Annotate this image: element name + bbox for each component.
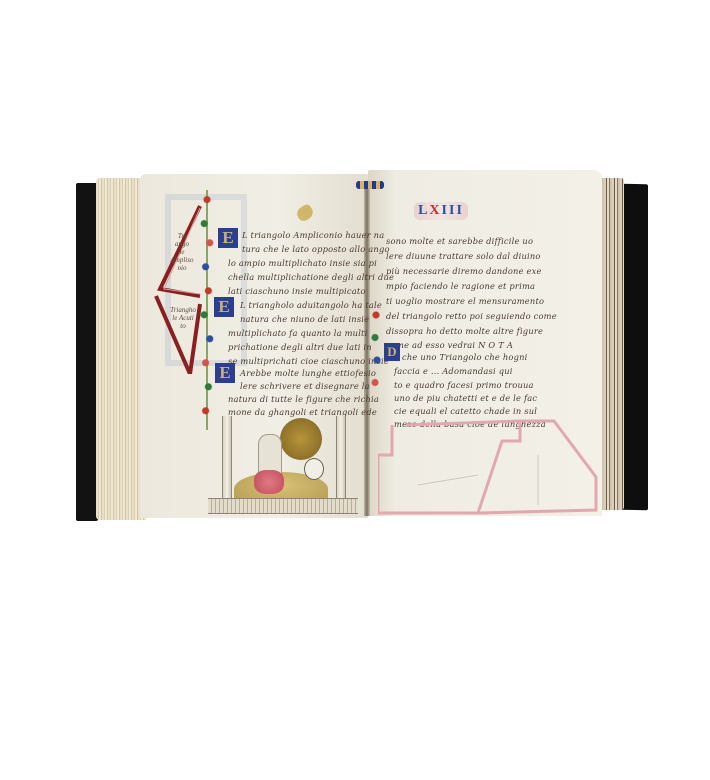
folio-iii: III — [442, 203, 464, 218]
miniature-painting — [208, 412, 358, 516]
plinth — [208, 498, 358, 514]
margin-note-ampliconio: TriangoleAmplisonio — [168, 232, 196, 272]
text-line: L triangolo Ampliconio hauer na — [242, 230, 384, 240]
text-line: lere diuune trattare solo dal diuino — [386, 251, 541, 261]
floral-border-right — [371, 306, 381, 396]
column-left — [222, 416, 232, 504]
text-line: chella multiplichatione degli altri due — [228, 272, 394, 282]
text-line: lo ampio multiplichato insie sia pi — [228, 258, 377, 268]
folio-number: LXIII — [414, 202, 468, 220]
illuminated-initial-right: D — [384, 343, 400, 361]
text-line: uno de piu chatetti et e de le fac — [394, 393, 537, 403]
text-line: sono molte et sarebbe difficile uo — [386, 236, 533, 246]
text-line: come ad esso vedrai N O T A — [386, 340, 513, 350]
text-line: ti uoglio mostrare el mensuramento — [386, 296, 544, 306]
text-line: faccia e ... Adomandasi qui — [394, 366, 513, 376]
text-line: che uno Triangolo che hogni — [402, 352, 527, 362]
shield-icon — [304, 458, 324, 480]
headband — [356, 181, 384, 189]
floral-border-left — [200, 190, 214, 430]
page-edges-left — [96, 178, 146, 520]
tree-icon — [280, 418, 322, 460]
text-line: lere schrivere et disegnare la — [240, 381, 370, 391]
text-line: L triangholo aduitangolo ha tale — [240, 300, 382, 310]
illuminated-initial-2: E — [214, 297, 234, 317]
text-line: del triangolo retto poi seguiendo come — [386, 311, 557, 321]
folio-x: X — [429, 203, 441, 218]
illuminated-initial-3: E — [215, 363, 235, 383]
red-drapery — [254, 470, 284, 494]
column-right — [336, 416, 346, 504]
folio-l: L — [418, 203, 429, 218]
text-line: se multiprichati cioe ciaschuno insie — [228, 356, 389, 366]
text-line: natura di tutte le figure che richia — [228, 394, 379, 404]
illuminated-initial-1: E — [218, 228, 238, 248]
text-line: to e quadro facesi primo trouua — [394, 380, 534, 390]
text-line: lati ciaschuno insie multipicato — [228, 286, 366, 296]
margin-bracket-icon — [150, 204, 206, 374]
text-line: dissopra ho detto molte altre figure — [386, 326, 543, 336]
book-cover-left — [76, 183, 98, 521]
text-line: prichatione degli altri due lati in — [228, 342, 372, 352]
text-line: più necessarie diremo dandone exe — [386, 266, 542, 276]
text-line: multiplichato fa quanto la multi — [228, 328, 367, 338]
text-line: natura che niuno de lati insie — [240, 314, 369, 324]
text-line: mpio faciendo le ragione et prima — [386, 281, 535, 291]
margin-note-acuti: Trianghole Acutito — [166, 306, 200, 330]
text-line: tura che le lato opposto allo ango — [242, 244, 390, 254]
text-line: Arebbe molte lunghe ettiofesio — [240, 368, 376, 378]
geometric-diagram — [378, 415, 598, 515]
